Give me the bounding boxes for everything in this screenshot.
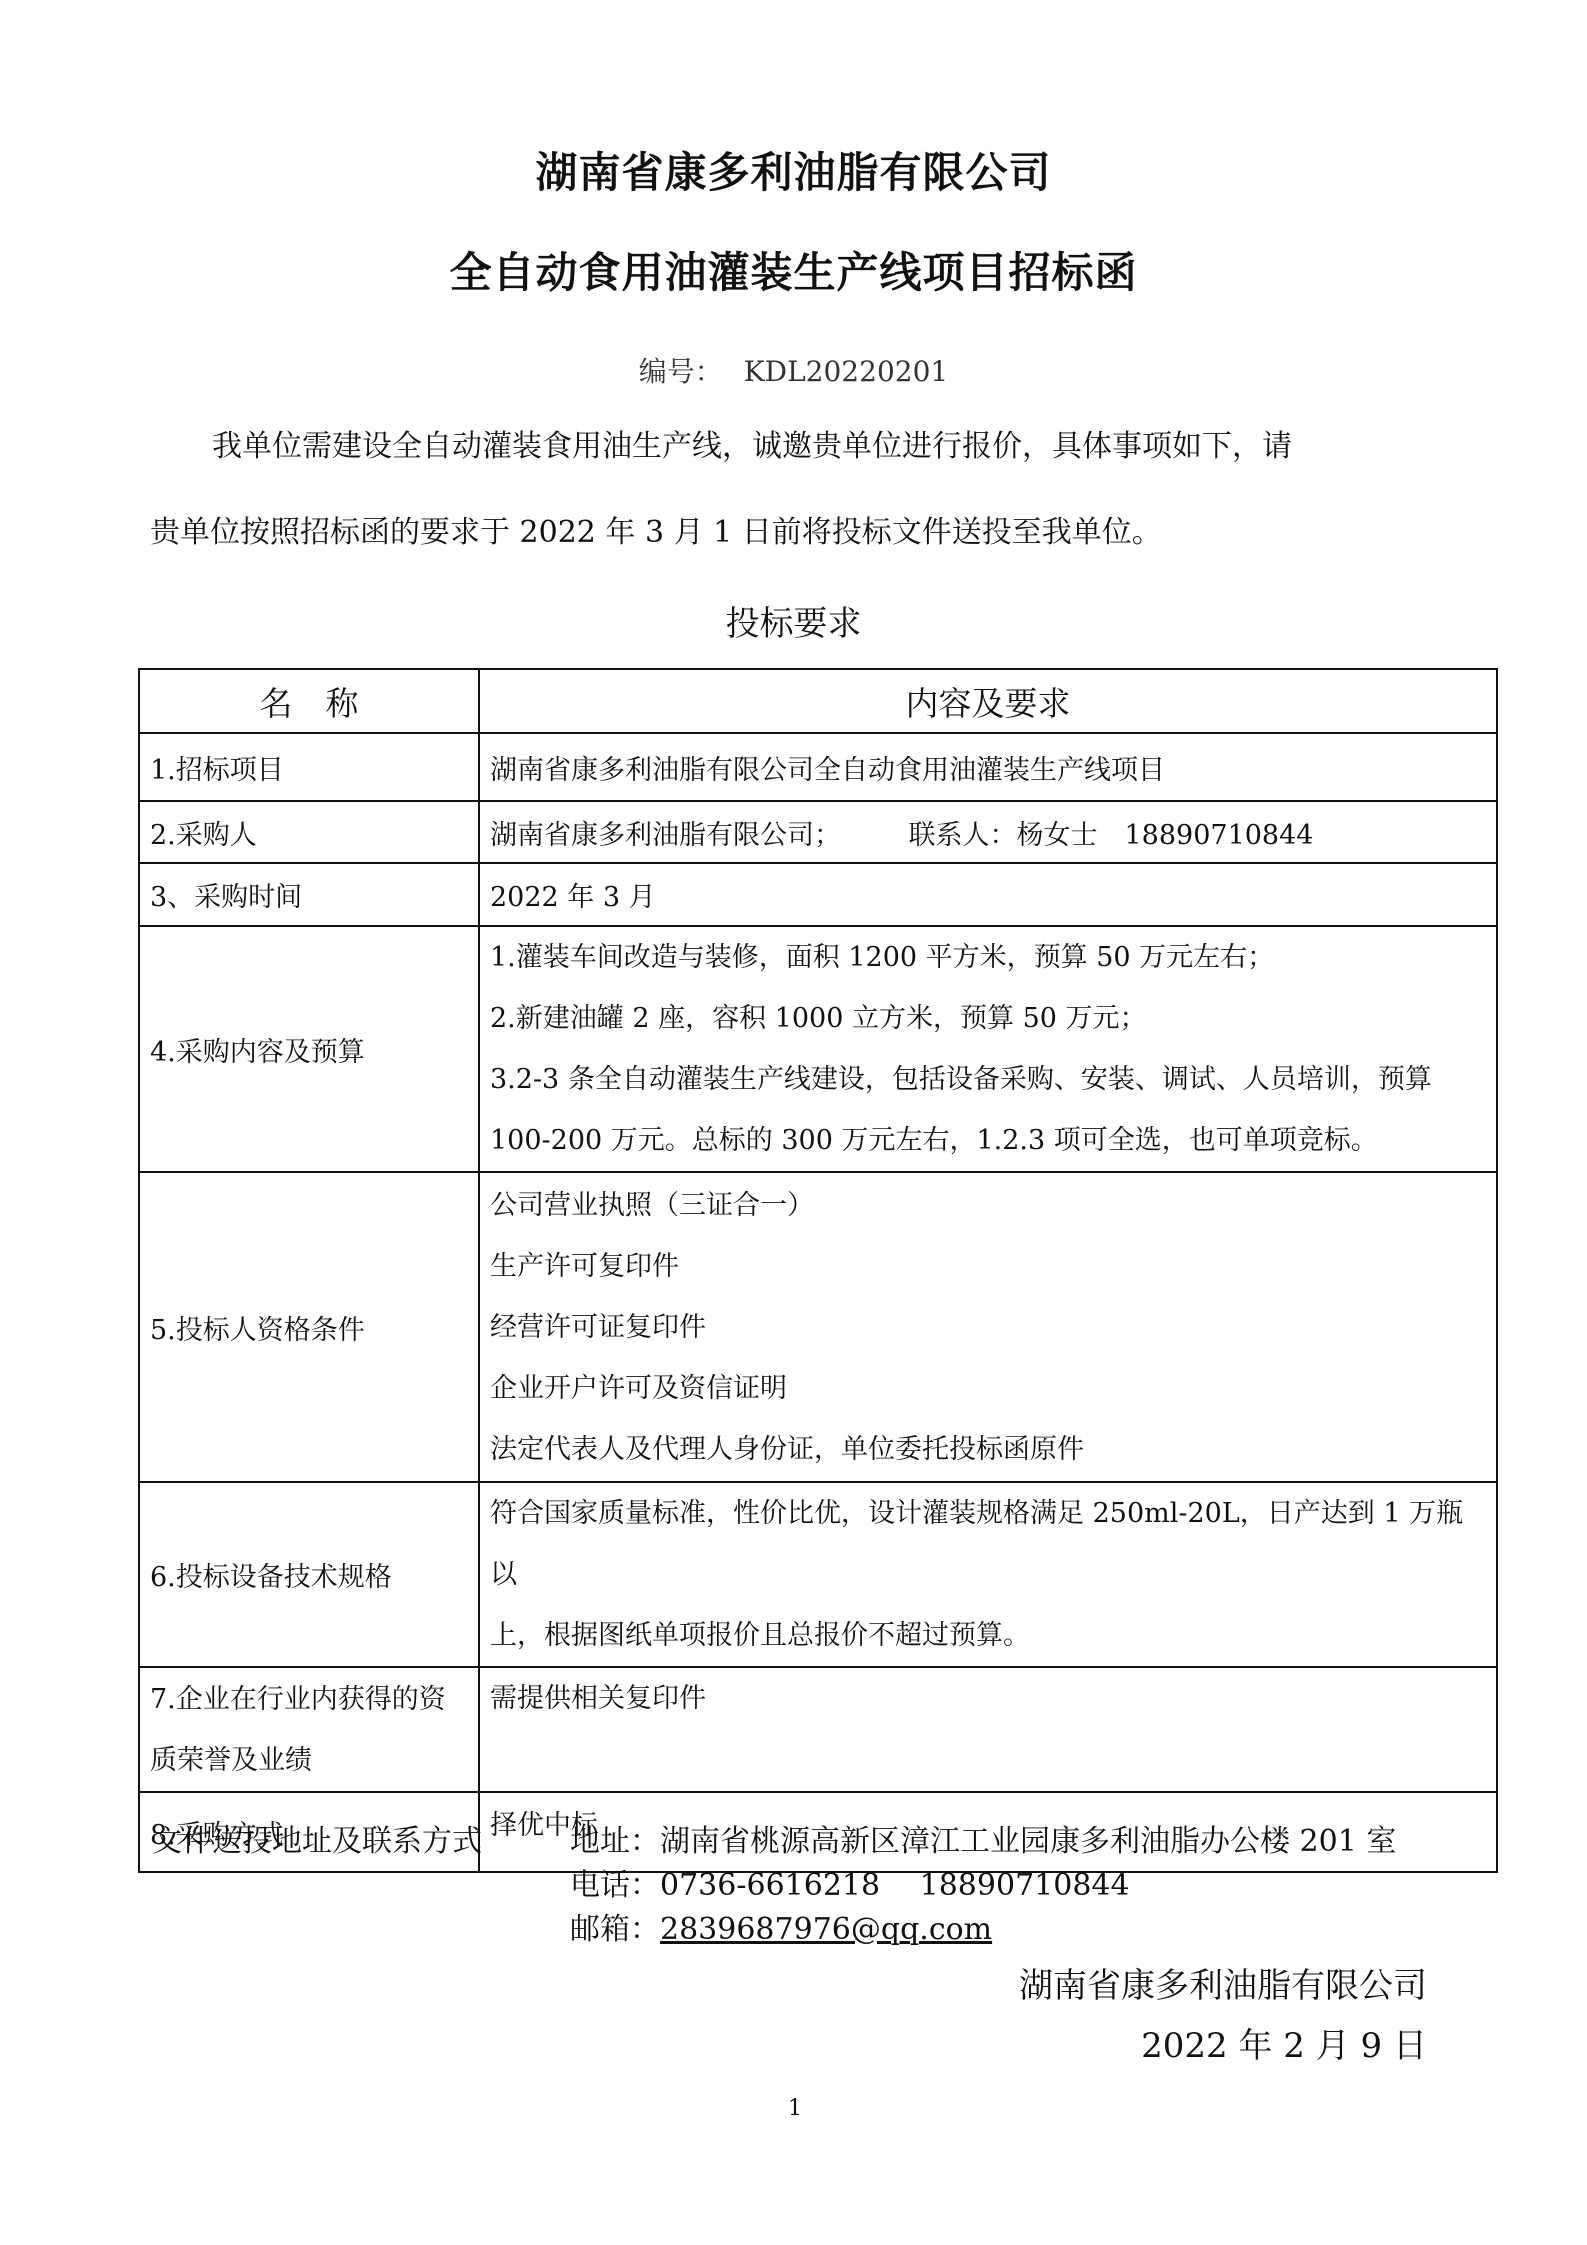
row-content: 湖南省康多利油脂有限公司全自动食用油灌装生产线项目 [479, 733, 1497, 801]
document-number-value: KDL20220201 [744, 355, 948, 388]
section-title: 投标要求 [0, 596, 1587, 645]
document-number-label: 编号： [639, 355, 723, 388]
document-subtitle: 全自动食用油灌装生产线项目招标函 [0, 240, 1587, 300]
email-label: 邮箱： [570, 1912, 660, 1947]
requirements-table: 名 称 内容及要求 1.招标项目 湖南省康多利油脂有限公司全自动食用油灌装生产线… [138, 668, 1498, 1873]
intro-line-1: 我单位需建设全自动灌装食用油生产线，诚邀贵单位进行报价，具体事项如下，请 [150, 432, 1460, 462]
content-line: 企业开户许可及资信证明 [490, 1358, 1486, 1419]
content-line: 上，根据图纸单项报价且总报价不超过预算。 [490, 1605, 1486, 1666]
content-line: 生产许可复印件 [490, 1236, 1486, 1297]
table-row: 4.采购内容及预算 1.灌装车间改造与装修，面积 1200 平方米，预算 50 … [139, 926, 1497, 1172]
table-row: 7.企业在行业内获得的资质荣誉及业绩 需提供相关复印件 [139, 1667, 1497, 1792]
row-content: 2022 年 3 月 [479, 863, 1497, 926]
table-row: 3、采购时间 2022 年 3 月 [139, 863, 1497, 926]
row-content: 1.灌装车间改造与装修，面积 1200 平方米，预算 50 万元左右； 2.新建… [479, 926, 1497, 1172]
signature-date: 2022 年 2 月 9 日 [1141, 2018, 1427, 2067]
header-content: 内容及要求 [479, 669, 1497, 733]
table-row: 5.投标人资格条件 公司营业执照（三证合一） 生产许可复印件 经营许可证复印件 … [139, 1172, 1497, 1482]
row-name: 5.投标人资格条件 [139, 1172, 479, 1482]
content-line: 100-200 万元。总标的 300 万元左右，1.2.3 项可全选，也可单项竞… [490, 1110, 1486, 1171]
header-name: 名 称 [139, 669, 479, 733]
row-name: 2.采购人 [139, 801, 479, 863]
intro-line-2: 贵单位按照招标函的要求于 2022 年 3 月 1 日前将投标文件送投至我单位。 [150, 518, 1460, 548]
content-line: 符合国家质量标准，性价比优，设计灌装规格满足 250ml-20L，日产达到 1 … [490, 1483, 1486, 1605]
signature-company: 湖南省康多利油脂有限公司 [1019, 1958, 1427, 2007]
table-row: 1.招标项目 湖南省康多利油脂有限公司全自动食用油灌装生产线项目 [139, 733, 1497, 801]
contact-label: 文件送投地址及联系方式 [152, 1820, 482, 1864]
email-link[interactable]: 2839687976@qq.com [660, 1912, 992, 1947]
table-header-row: 名 称 内容及要求 [139, 669, 1497, 733]
content-line: 1.灌装车间改造与装修，面积 1200 平方米，预算 50 万元左右； [490, 927, 1486, 988]
page-number: 1 [788, 2096, 802, 2121]
content-line: 公司营业执照（三证合一） [490, 1175, 1486, 1236]
row-name: 7.企业在行业内获得的资质荣誉及业绩 [139, 1667, 479, 1792]
row-name: 3、采购时间 [139, 863, 479, 926]
content-line: 2.新建油罐 2 座，容积 1000 立方米，预算 50 万元； [490, 988, 1486, 1049]
row-content: 需提供相关复印件 [479, 1667, 1497, 1792]
row-content: 湖南省康多利油脂有限公司； 联系人：杨女士 18890710844 [479, 801, 1497, 863]
row-content: 公司营业执照（三证合一） 生产许可复印件 经营许可证复印件 企业开户许可及资信证… [479, 1172, 1497, 1482]
row-content: 符合国家质量标准，性价比优，设计灌装规格满足 250ml-20L，日产达到 1 … [479, 1482, 1497, 1667]
content-line: 3.2-3 条全自动灌装生产线建设，包括设备采购、安装、调试、人员培训，预算 [490, 1049, 1486, 1110]
contact-phone: 电话：0736-6616218 18890710844 [570, 1864, 1130, 1908]
document-number: 编号： KDL20220201 [0, 350, 1587, 390]
contact-address: 地址：湖南省桃源高新区漳江工业园康多利油脂办公楼 201 室 [570, 1820, 1396, 1864]
content-line: 法定代表人及代理人身份证，单位委托投标函原件 [490, 1419, 1486, 1480]
table-row: 2.采购人 湖南省康多利油脂有限公司； 联系人：杨女士 18890710844 [139, 801, 1497, 863]
row-name: 4.采购内容及预算 [139, 926, 479, 1172]
content-line: 经营许可证复印件 [490, 1297, 1486, 1358]
document-title: 湖南省康多利油脂有限公司 [0, 140, 1587, 200]
row-name: 1.招标项目 [139, 733, 479, 801]
table-row: 6.投标设备技术规格 符合国家质量标准，性价比优，设计灌装规格满足 250ml-… [139, 1482, 1497, 1667]
contact-email-row: 邮箱：2839687976@qq.com [570, 1908, 992, 1952]
row-name: 6.投标设备技术规格 [139, 1482, 479, 1667]
